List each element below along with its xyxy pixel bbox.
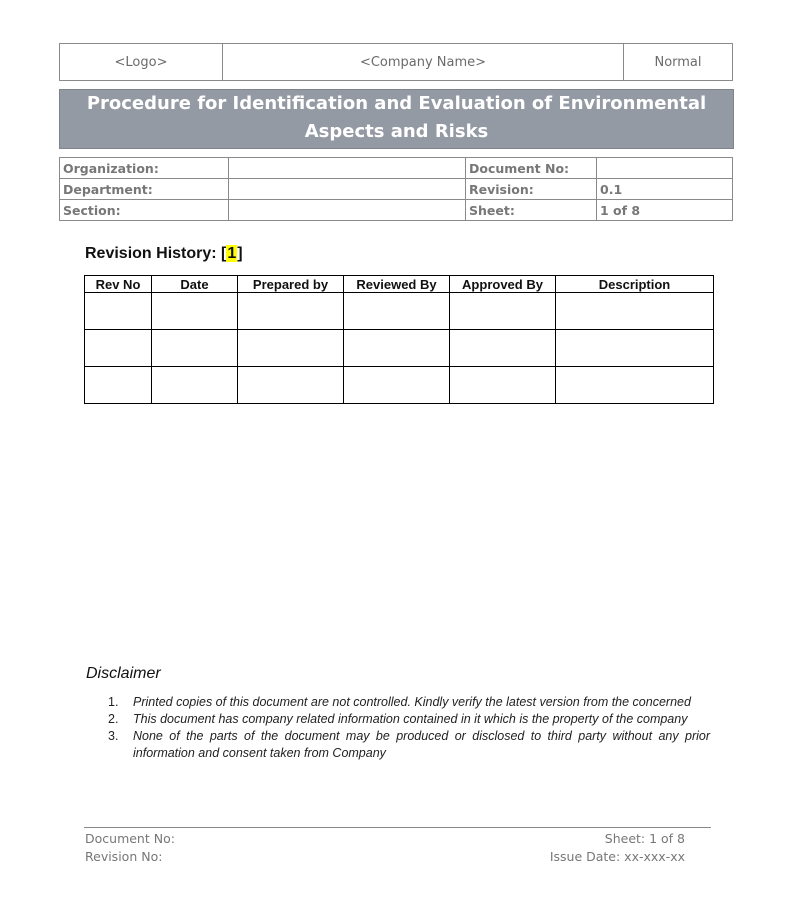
meta-label: Section:	[60, 200, 229, 221]
item-number: 2.	[108, 711, 118, 728]
table-row	[85, 330, 714, 367]
logo-placeholder: <Logo>	[60, 44, 223, 81]
footer-sheet: Sheet: 1 of 8	[605, 831, 685, 846]
column-header: Approved By	[450, 276, 556, 293]
footer-divider	[84, 827, 711, 828]
highlighted-ref: 1	[226, 245, 237, 262]
meta-label: Revision:	[466, 179, 597, 200]
company-name: <Company Name>	[223, 44, 624, 81]
meta-value	[597, 158, 733, 179]
table-cell	[152, 367, 238, 404]
table-cell	[450, 367, 556, 404]
footer-issue-date: Issue Date: xx-xxx-xx	[550, 849, 685, 864]
table-cell	[238, 367, 344, 404]
item-text: This document has company related inform…	[133, 712, 687, 726]
table-cell	[450, 293, 556, 330]
footer-document-no: Document No:	[85, 831, 175, 846]
meta-value: 0.1	[597, 179, 733, 200]
document-header: <Logo> <Company Name> Normal	[59, 43, 733, 81]
table-cell	[85, 367, 152, 404]
meta-label: Sheet:	[466, 200, 597, 221]
document-meta-table: Organization:Document No:Department:Revi…	[59, 157, 733, 221]
table-cell	[556, 330, 714, 367]
meta-row: Department:Revision:0.1	[60, 179, 733, 200]
revision-history-table: Rev NoDatePrepared byReviewed ByApproved…	[84, 275, 714, 404]
meta-value	[229, 158, 466, 179]
classification-label: Normal	[624, 44, 733, 81]
item-text: Printed copies of this document are not …	[133, 695, 691, 709]
meta-value	[229, 179, 466, 200]
column-header: Reviewed By	[344, 276, 450, 293]
column-header: Date	[152, 276, 238, 293]
disclaimer-item: 1.Printed copies of this document are no…	[108, 694, 710, 711]
footer-revision-no: Revision No:	[85, 849, 162, 864]
meta-row: Organization:Document No:	[60, 158, 733, 179]
table-cell	[344, 367, 450, 404]
table-cell	[344, 293, 450, 330]
column-header: Rev No	[85, 276, 152, 293]
table-cell	[238, 293, 344, 330]
document-title: Procedure for Identification and Evaluat…	[59, 89, 734, 149]
table-cell	[85, 330, 152, 367]
meta-value: 1 of 8	[597, 200, 733, 221]
meta-label: Organization:	[60, 158, 229, 179]
meta-row: Section:Sheet:1 of 8	[60, 200, 733, 221]
disclaimer-item: 2.This document has company related info…	[108, 711, 710, 728]
table-cell	[344, 330, 450, 367]
item-number: 1.	[108, 694, 118, 711]
column-header: Prepared by	[238, 276, 344, 293]
table-cell	[238, 330, 344, 367]
table-cell	[556, 367, 714, 404]
table-row	[85, 293, 714, 330]
table-cell	[556, 293, 714, 330]
table-cell	[152, 293, 238, 330]
table-cell	[152, 330, 238, 367]
disclaimer-title: Disclaimer	[86, 665, 161, 683]
item-number: 3.	[108, 728, 118, 745]
revision-history-title: Revision History: [1]	[85, 245, 243, 263]
meta-value	[229, 200, 466, 221]
disclaimer-list: 1.Printed copies of this document are no…	[108, 694, 710, 762]
meta-label: Department:	[60, 179, 229, 200]
table-row	[85, 367, 714, 404]
column-header: Description	[556, 276, 714, 293]
disclaimer-item: 3.None of the parts of the document may …	[108, 728, 710, 762]
meta-label: Document No:	[466, 158, 597, 179]
table-cell	[450, 330, 556, 367]
table-cell	[85, 293, 152, 330]
item-text: None of the parts of the document may be…	[133, 729, 710, 760]
